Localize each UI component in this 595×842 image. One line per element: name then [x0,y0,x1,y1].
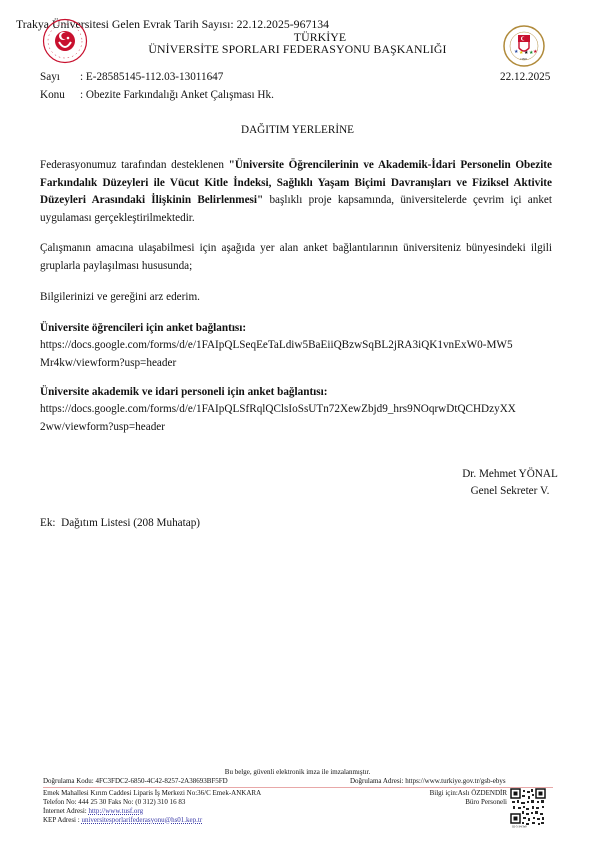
student-survey-link[interactable]: https://docs.google.com/forms/d/e/1FAIpQ… [40,337,552,372]
staff-link-line1[interactable]: https://docs.google.com/forms/d/e/1FAIpQ… [40,401,552,419]
addressee: DAĞITIM YERLERİNE [0,124,595,136]
student-link-line1[interactable]: https://docs.google.com/forms/d/e/1FAIpQ… [40,337,552,355]
signatory-title: Genel Sekreter V. [420,483,595,500]
kep-label: KEP Adresi : [43,816,81,824]
paragraph-intro: Federasyonumuz tarafından desteklenen "Ü… [40,157,552,227]
verify-address[interactable]: Doğrulama Adresi: https://www.turkiye.go… [350,777,506,785]
info-role: Büro Personeli [407,798,507,806]
svg-text:★: ★ [533,49,538,55]
footer-phone: Telefon No: 444 25 30 Faks No: (0 312) 3… [43,798,185,806]
paragraph-closing: Bilgilerinizi ve gereğini arz ederim. [40,289,552,307]
attachment-label: Ek: [40,517,56,529]
footer-divider [43,787,553,788]
student-link-label: Üniversite öğrencileri için anket bağlan… [40,320,552,338]
federation-emblem-icon: ★ ★ ★ ★ ★ 1996 [499,24,549,68]
signature-block: Dr. Mehmet YÖNAL Genel Sekreter V. [420,466,595,499]
attachment-value: Dağıtım Listesi (208 Muhatap) [61,517,200,529]
footer-internet: İnternet Adresi: http://www.tusf.org [43,807,143,815]
staff-link-line2[interactable]: 2ww/viewform?usp=header [40,419,552,437]
konu-value: : Obezite Farkındalığı Anket Çalışması H… [80,89,274,101]
verify-code: Doğrulama Kodu: 4FC3FDC2-6850-4C42-8257-… [43,777,228,785]
student-link-line2[interactable]: Mr4kw/viewform?usp=header [40,355,552,373]
esign-note: Bu belge, güvenli elektronik imza ile im… [0,768,595,776]
intro-text: Federasyonumuz tarafından desteklenen [40,159,229,171]
document-date: 22.12.2025 [500,71,550,83]
footer-address: Emek Mahallesi Kırım Caddesi Liparis İş … [43,789,261,797]
kep-link[interactable]: universitesporlarifederasyonu@hs01.kep.t… [81,816,202,824]
svg-text:02-5-34/3s9: 02-5-34/3s9 [512,825,527,829]
staff-survey-link[interactable]: https://docs.google.com/forms/d/e/1FAIpQ… [40,401,552,436]
staff-link-label: Üniversite akademik ve idari personeli i… [40,384,552,402]
signatory-name: Dr. Mehmet YÖNAL [420,466,595,483]
attachment-line: Ek: Dağıtım Listesi (208 Muhatap) [40,517,200,529]
konu-label: Konu [40,89,80,101]
qr-code-icon: 02-5-34/3s9 [510,788,546,828]
paragraph-request: Çalışmanın amacına ulaşabilmesi için aşa… [40,240,552,275]
footer-kep: KEP Adresi : universitesporlarifederasyo… [43,816,202,824]
sayi-value: : E-28585145-112.03-13011647 [80,71,223,83]
info-contact: Bilgi için:Aslı ÖZDENDİR [407,789,507,797]
internet-label: İnternet Adresi: [43,807,89,815]
svg-text:1996: 1996 [520,57,527,61]
internet-link[interactable]: http://www.tusf.org [89,807,144,815]
sayi-label: Sayı [40,71,80,83]
